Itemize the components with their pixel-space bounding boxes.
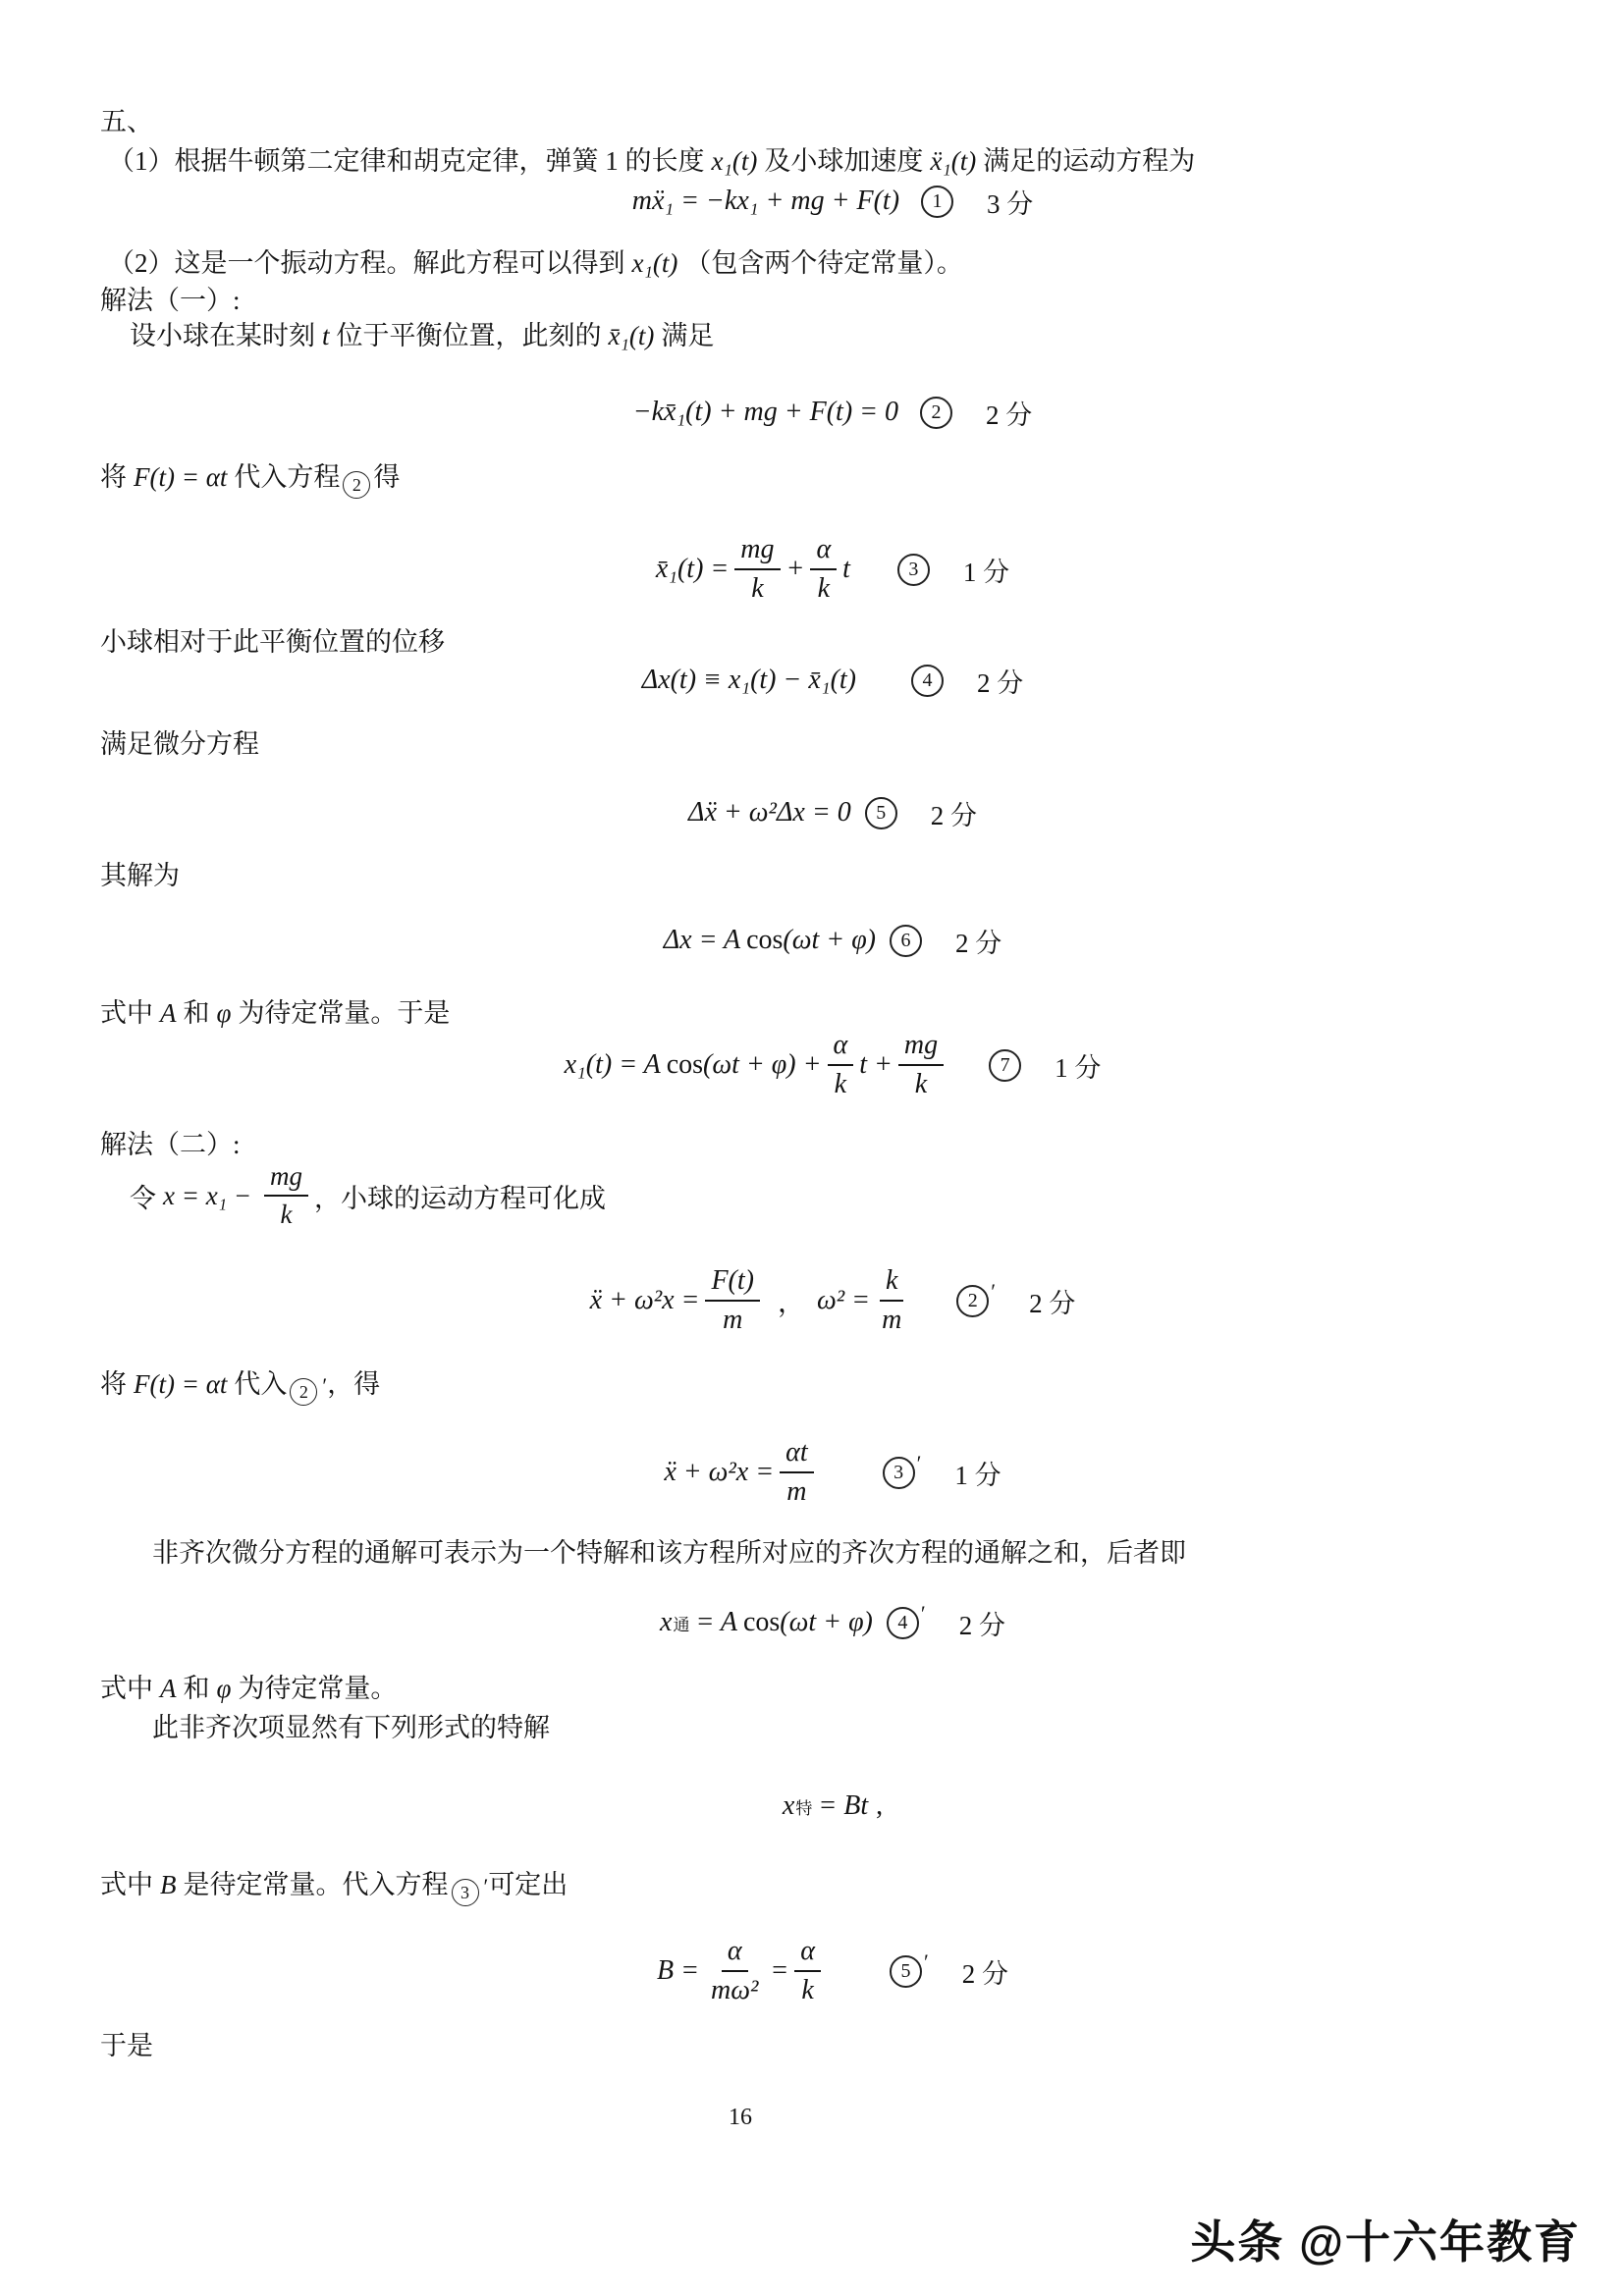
equation-4: Δx(t) ≡ x₁(t) − x̄₁(t) 4 2 分 (0, 661, 1624, 700)
paragraph-text: 此非齐次项显然有下列形式的特解 (152, 1713, 550, 1742)
paragraph-text: ，小球的运动方程可化成 (314, 1177, 606, 1215)
circled-number: 2 (920, 397, 952, 429)
inline-math: x₁(t) (712, 146, 758, 176)
paragraph-text: （2）这是一个振动方程。解此方程可以得到 (108, 248, 625, 278)
circled-number: 1 (921, 186, 953, 218)
heading-text: 解法（一）: (100, 286, 241, 315)
circled-number: 5 (890, 1955, 922, 1988)
equation-body: ẍ + ω²x = (590, 1285, 700, 1316)
paragraph-text: 将 (100, 1369, 127, 1399)
fraction-denominator: k (745, 570, 769, 606)
equation-tag: 2 (920, 397, 952, 429)
paragraph-text: 令 (130, 1177, 156, 1215)
paragraph-15: 于是 (100, 2028, 153, 2063)
fraction-denominator: k (812, 570, 836, 606)
chinese-subscript: 特 (795, 1794, 812, 1819)
equation-body: = Bt (818, 1790, 868, 1822)
equation-body: mẍ₁ = −kx₁ + mg + F(t) (632, 186, 899, 217)
fraction-numerator: k (880, 1264, 903, 1302)
equation-body: = A (695, 1607, 737, 1638)
fraction: mgk (734, 533, 780, 606)
inline-math: x₁(t) (632, 248, 678, 278)
paragraph-text: 和 (184, 998, 210, 1028)
fraction: F(t)m (705, 1264, 760, 1337)
paragraph-text: （包含两个待定常量）。 (684, 248, 963, 278)
prime-mark: ′ (921, 1601, 926, 1627)
circled-number: 7 (989, 1049, 1021, 1082)
paragraph-text: 其解为 (100, 861, 180, 890)
equation-1: mẍ₁ = −kx₁ + mg + F(t) 1 3 分 (0, 182, 1624, 221)
fraction-denominator: k (909, 1066, 933, 1101)
equation-score: 1 分 (963, 551, 1009, 589)
equation-6: Δx = A cos (ωt + φ) 6 2 分 (0, 921, 1624, 960)
inline-math: t (322, 321, 330, 350)
paragraph-4: 将F(t) = αt代入方程2得 (100, 459, 400, 499)
fraction-denominator: k (275, 1197, 298, 1231)
fraction-numerator: mg (264, 1160, 308, 1197)
paragraph-14: 式中B是待定常量。代入方程3′可定出 (100, 1867, 568, 1906)
section-label: 五、 (100, 107, 153, 136)
paragraph-text: 非齐次微分方程的通解可表示为一个特解和该方程所对应的齐次方程的通解之和，后者即 (152, 1538, 1186, 1568)
circled-number: 3 (883, 1457, 915, 1489)
equation-body: ω² = (817, 1285, 870, 1316)
paragraph-text: 式中 (100, 1870, 153, 1899)
equation-body: t + (859, 1049, 893, 1081)
equation-tag: 2′ (956, 1285, 996, 1317)
solution-2-heading: 解法（二）: (100, 1127, 241, 1162)
paragraph-text: 及小球加速度 (764, 146, 923, 176)
inline-math: A (160, 1674, 177, 1703)
fraction-denominator: k (795, 1972, 819, 2007)
paragraph-text: （1）根据牛顿第二定律和胡克定律，弹簧 1 的长度 (108, 146, 705, 176)
fraction: αk (810, 533, 837, 606)
equation-body: x₁(t) = A (565, 1049, 661, 1081)
equation-3: x̄₁(t) = mgk + αk t 3 1 分 (0, 532, 1624, 607)
separator-comma: , (876, 1790, 883, 1822)
paragraph-text: 于是 (100, 2031, 153, 2060)
watermark: 头条 @十六年教育 (1190, 2207, 1581, 2271)
paragraph-9: 令 x = x₁ − mgk ，小球的运动方程可化成 (130, 1158, 606, 1233)
equation-body: x̄₁(t) = (656, 554, 729, 585)
paragraph-text: 和 (184, 1674, 210, 1703)
paragraph-text: 式中 (100, 998, 153, 1028)
fraction: αtm (780, 1436, 813, 1509)
equation-score: 2 分 (959, 1604, 1005, 1642)
equation-score: 2 分 (962, 1952, 1008, 1991)
paragraph-8: 式中A和φ为待定常量。于是 (100, 995, 450, 1031)
equation-score: 2 分 (977, 662, 1023, 700)
paragraph-13: 此非齐次项显然有下列形式的特解 (152, 1710, 550, 1745)
paragraph-10: 将F(t) = αt代入2′，得 (100, 1366, 380, 1406)
equation-5: Δẍ + ω²Δx = 0 5 2 分 (0, 793, 1624, 832)
circled-number: 3 (452, 1879, 479, 1906)
equation-score: 3 分 (987, 183, 1033, 221)
inline-math: F(t) = αt (134, 1369, 227, 1399)
equation-score: 2 分 (931, 794, 977, 832)
inline-math: B (160, 1870, 177, 1899)
equation-tag: 1 (921, 186, 953, 218)
circled-number: 3 (897, 554, 930, 586)
equation-operator: + (786, 554, 805, 585)
equation-score: 1 分 (1055, 1046, 1101, 1085)
prime-mark: ′ (924, 1949, 929, 1975)
paragraph-text: 小球相对于此平衡位置的位移 (100, 627, 445, 657)
paragraph-text: 将 (100, 462, 127, 492)
paragraph-text: 位于平衡位置，此刻的 (337, 321, 602, 350)
equation-body: ẍ + ω²x = (664, 1457, 774, 1488)
fraction-numerator: α (794, 1935, 821, 1972)
fraction: mgk (264, 1160, 308, 1231)
fraction-denominator: m (717, 1302, 748, 1337)
equation-body: Δx = A (664, 925, 740, 956)
equation-particular: x特 = Bt , (0, 1785, 1624, 1828)
paragraph-text: 代入方程 (234, 462, 340, 492)
equation-tag: 5′ (890, 1955, 929, 1988)
circled-number: 5 (865, 797, 897, 829)
equation-4-prime: x通 = A cos (ωt + φ) 4′ 2 分 (0, 1603, 1624, 1642)
equation-operator: = (770, 1955, 788, 1987)
circled-number: 2 (956, 1285, 989, 1317)
fraction: km (876, 1264, 907, 1337)
function-name: cos (667, 1049, 703, 1081)
paragraph-text: 是待定常量。代入方程 (184, 1870, 449, 1899)
inline-math: φ (217, 998, 232, 1028)
paragraph-7: 其解为 (100, 858, 180, 893)
equation-body: x (783, 1790, 794, 1822)
circled-number: 4 (887, 1607, 919, 1639)
equation-body: Δx(t) ≡ x₁(t) − x̄₁(t) (642, 665, 856, 696)
equation-tag: 3′ (883, 1457, 922, 1489)
paragraph-text: 为待定常量。于是 (238, 998, 450, 1028)
section-heading: 五、 (100, 104, 153, 139)
fraction-denominator: k (829, 1066, 852, 1101)
prime-mark: ′ (991, 1279, 996, 1305)
heading-text: 解法（二）: (100, 1130, 241, 1159)
equation-5-prime: B = αmω² = αk 5′ 2 分 (0, 1934, 1624, 2008)
solution-1-heading: 解法（一）: (100, 283, 241, 318)
fraction-numerator: F(t) (705, 1264, 760, 1302)
fraction-numerator: α (810, 533, 837, 570)
paragraph-5: 小球相对于此平衡位置的位移 (100, 624, 445, 660)
document-page: 五、 （1）根据牛顿第二定律和胡克定律，弹簧 1 的长度x₁(t)及小球加速度ẍ… (0, 0, 1624, 2296)
fraction-denominator: mω² (705, 1972, 764, 2007)
fraction: αmω² (705, 1935, 764, 2007)
equation-2: −kx̄₁(t) + mg + F(t) = 0 2 2 分 (0, 393, 1624, 432)
paragraph-3: 设小球在某时刻t位于平衡位置，此刻的x̄₁(t)满足 (130, 318, 714, 353)
equation-tag: 6 (890, 925, 922, 957)
equation-body: Δẍ + ω²Δx = 0 (688, 797, 851, 828)
paragraph-6: 满足微分方程 (100, 726, 259, 762)
inline-math: A (160, 998, 177, 1028)
equation-tag: 7 (989, 1049, 1021, 1082)
equation-score: 2 分 (955, 922, 1001, 960)
paragraph-text: 代入 (234, 1369, 287, 1399)
paragraph-2: （2）这是一个振动方程。解此方程可以得到x₁(t)（包含两个待定常量）。 (108, 245, 963, 281)
equation-score: 1 分 (954, 1454, 1001, 1492)
equation-score: 2 分 (986, 394, 1032, 432)
paragraph-text: 满足 (661, 321, 714, 350)
paragraph-text: 得 (373, 462, 400, 492)
fraction: αk (828, 1029, 854, 1101)
function-name: cos (746, 925, 783, 956)
fraction-denominator: m (876, 1302, 907, 1337)
inline-math: x̄₁(t) (609, 321, 655, 350)
equation-body: x (660, 1607, 672, 1638)
equation-tag: 4′ (887, 1607, 926, 1639)
equation-body: t (842, 554, 850, 585)
circled-number: 4 (911, 665, 944, 697)
fraction: mgk (898, 1029, 944, 1101)
equation-score: 2 分 (1029, 1282, 1075, 1320)
prime-mark: ′ (917, 1451, 922, 1476)
fraction-numerator: α (722, 1935, 748, 1972)
fraction-numerator: αt (780, 1436, 813, 1473)
paragraph-text: 满足的运动方程为 (983, 146, 1195, 176)
paragraph-text: ，得 (327, 1369, 380, 1399)
page-number: 16 (729, 2105, 752, 2131)
inline-math: x = x₁ − (163, 1181, 251, 1211)
circled-number: 2 (343, 471, 370, 499)
inline-math: φ (217, 1674, 232, 1703)
equation-7: x₁(t) = A cos (ωt + φ) + αk t + mgk 7 1 … (0, 1028, 1624, 1102)
circled-number: 6 (890, 925, 922, 957)
inline-math: F(t) = αt (134, 462, 227, 492)
fraction-denominator: m (781, 1473, 812, 1509)
fraction-numerator: mg (898, 1029, 944, 1066)
inline-math: ẍ₁(t) (930, 146, 976, 176)
paragraph-1: （1）根据牛顿第二定律和胡克定律，弹簧 1 的长度x₁(t)及小球加速度ẍ₁(t… (108, 143, 1195, 179)
equation-body: −kx̄₁(t) + mg + F(t) = 0 (633, 397, 898, 428)
paragraph-text: 为待定常量。 (238, 1674, 397, 1703)
equation-tag: 4 (911, 665, 944, 697)
equation-2-prime: ẍ + ω²x = F(t)m ， ω² = km 2′ 2 分 (0, 1263, 1624, 1338)
equation-body: (ωt + φ) (780, 1607, 873, 1638)
paragraph-text: 式中 (100, 1674, 153, 1703)
fraction: αk (794, 1935, 821, 2007)
chinese-subscript: 通 (673, 1611, 689, 1635)
equation-body: B = (657, 1955, 699, 1987)
paragraph-12: 式中A和φ为待定常量。 (100, 1671, 397, 1706)
equation-3-prime: ẍ + ω²x = αtm 3′ 1 分 (0, 1435, 1624, 1510)
separator-comma: ， (778, 1281, 805, 1320)
paragraph-11: 非齐次微分方程的通解可表示为一个特解和该方程所对应的齐次方程的通解之和，后者即 (152, 1535, 1186, 1571)
paragraph-text: 可定出 (488, 1870, 568, 1899)
fraction-numerator: α (828, 1029, 854, 1066)
fraction-numerator: mg (734, 533, 780, 570)
equation-body: (ωt + φ) (783, 925, 876, 956)
circled-number: 2 (290, 1378, 317, 1406)
paragraph-text: 设小球在某时刻 (130, 321, 315, 350)
equation-tag: 3 (897, 554, 930, 586)
function-name: cos (743, 1607, 780, 1638)
equation-body: (ωt + φ) + (703, 1049, 821, 1081)
paragraph-text: 满足微分方程 (100, 729, 259, 759)
equation-tag: 5 (865, 797, 897, 829)
